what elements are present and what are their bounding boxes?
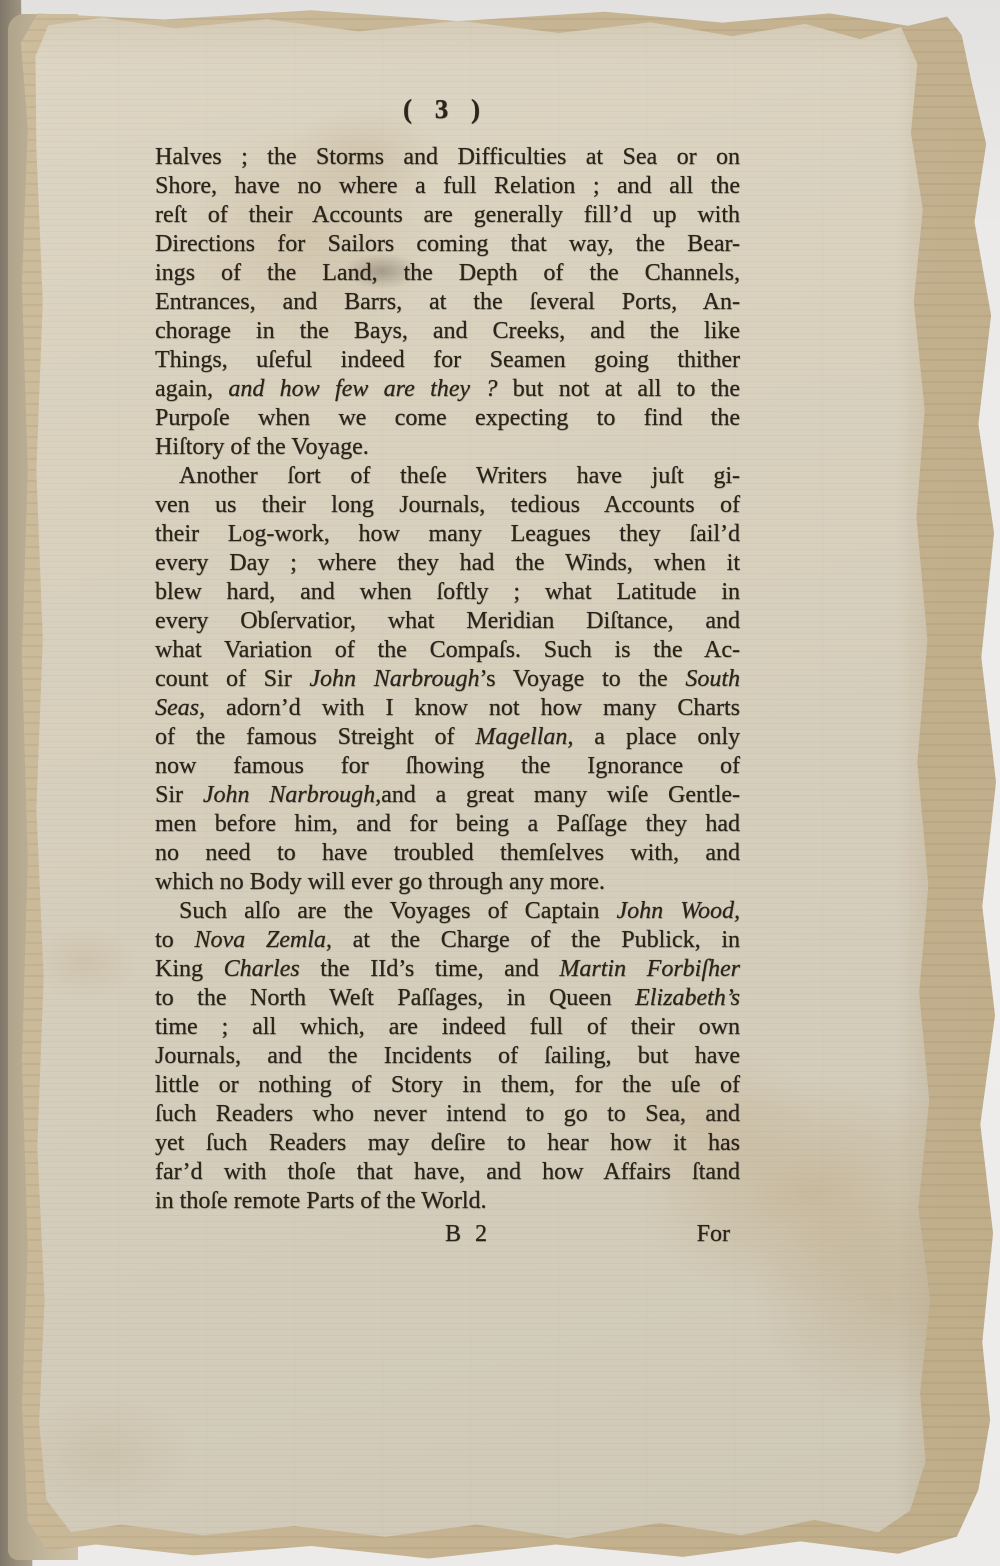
text-line: King Charles the IId’s time, and Martin … <box>155 955 740 984</box>
text-segment: their Log-work, how many Leagues they ſa… <box>155 521 740 547</box>
page-number: ( 3 ) <box>155 95 740 135</box>
text-segment: now famous for ſhowing the Ignorance of <box>155 753 740 779</box>
text-segment: a place only <box>573 724 740 750</box>
text-segment: the IId’s time, and <box>300 956 560 982</box>
text-segment: reſt of their Accounts are generally fil… <box>155 202 740 228</box>
text-line: again, and how few are they ? but not at… <box>155 375 740 404</box>
text-segment: time ; all which, are indeed full of the… <box>155 1014 740 1040</box>
italic-text-segment: John Narbrough, <box>203 782 381 808</box>
text-segment: count of Sir <box>155 666 309 692</box>
text-segment: Journals, and the Incidents of ſailing, … <box>155 1043 740 1069</box>
text-line: time ; all which, are indeed full of the… <box>155 1013 740 1042</box>
text-line: every Day ; where they had the Winds, wh… <box>155 549 740 578</box>
text-line: Seas, adorn’d with I know not how many C… <box>155 694 740 723</box>
italic-text-segment: Seas, <box>155 695 205 721</box>
italic-text-segment: John Narbrough <box>309 666 479 692</box>
italic-text-segment: John Wood, <box>616 898 740 924</box>
text-segment: little or nothing of Story in them, for … <box>155 1072 740 1098</box>
text-line: men before him, and for being a Paſſage … <box>155 810 740 839</box>
text-line: which no Body will ever go through any m… <box>155 868 740 897</box>
text-line: Hiſtory of the Voyage. <box>155 433 740 462</box>
text-segment: Sir <box>155 782 203 808</box>
italic-text-segment: South <box>685 666 740 692</box>
text-line: count of Sir John Narbrough’s Voyage to … <box>155 665 740 694</box>
text-segment: adorn’d with I know not how many Charts <box>205 695 740 721</box>
text-line: ven us their long Journals, tedious Acco… <box>155 491 740 520</box>
italic-text-segment: Martin Forbiſher <box>559 956 740 982</box>
text-line: yet ſuch Readers may deſire to hear how … <box>155 1129 740 1158</box>
text-line: Purpoſe when we come expecting to find t… <box>155 404 740 433</box>
text-segment: in thoſe remote Parts of the World. <box>155 1188 487 1214</box>
text-line: to Nova Zemla, at the Charge of the Publ… <box>155 926 740 955</box>
text-segment: Things, uſeful indeed for Seamen going t… <box>155 347 740 373</box>
catchword: For <box>697 1220 730 1249</box>
text-line: Journals, and the Incidents of ſailing, … <box>155 1042 740 1071</box>
text-segment: every Obſervatior, what Meridian Diſtanc… <box>155 608 740 634</box>
text-line: Halves ; the Storms and Difficulties at … <box>155 143 740 172</box>
text-line: far’d with thoſe that have, and how Affa… <box>155 1158 740 1187</box>
italic-text-segment: Elizabeth’s <box>635 985 740 1011</box>
text-line: Sir John Narbrough,and a great many wiſe… <box>155 781 740 810</box>
text-segment: which no Body will ever go through any m… <box>155 869 605 895</box>
text-segment: ’s Voyage to the <box>480 666 686 692</box>
text-segment: chorage in the Bays, and Creeks, and the… <box>155 318 740 344</box>
text-segment: far’d with thoſe that have, and how Affa… <box>155 1159 740 1185</box>
text-segment: men before him, and for being a Paſſage … <box>155 811 740 837</box>
text-segment: to <box>155 927 194 953</box>
text-line: what Variation of the Compaſs. Such is t… <box>155 636 740 665</box>
italic-text-segment: Charles <box>224 956 300 982</box>
signature-mark: B 2 <box>445 1220 491 1249</box>
text-line: Things, uſeful indeed for Seamen going t… <box>155 346 740 375</box>
text-line: ſuch Readers who never intend to go to S… <box>155 1100 740 1129</box>
text-segment: ings of the Land, the Depth of the Chann… <box>155 260 740 286</box>
text-line: chorage in the Bays, and Creeks, and the… <box>155 317 740 346</box>
text-segment: Another ſort of theſe Writers have juſt … <box>179 463 740 489</box>
text-segment: at the Charge of the Publick, in <box>332 927 740 953</box>
text-line: Such alſo are the Voyages of Captain Joh… <box>155 897 740 926</box>
text-segment: King <box>155 956 224 982</box>
text-line: to the North Weſt Paſſages, in Queen Eli… <box>155 984 740 1013</box>
text-segment: every Day ; where they had the Winds, wh… <box>155 550 740 576</box>
text-line: Another ſort of theſe Writers have juſt … <box>155 462 740 491</box>
text-segment: but not at all to the <box>497 376 740 402</box>
text-segment: Halves ; the Storms and Difficulties at … <box>155 144 740 170</box>
text-segment: Purpoſe when we come expecting to find t… <box>155 405 740 431</box>
text-line: ings of the Land, the Depth of the Chann… <box>155 259 740 288</box>
text-segment: ſuch Readers who never intend to go to S… <box>155 1101 740 1127</box>
text-segment: ven us their long Journals, tedious Acco… <box>155 492 740 518</box>
text-line: Directions for Sailors coming that way, … <box>155 230 740 259</box>
text-segment: Directions for Sailors coming that way, … <box>155 231 740 257</box>
text-segment: and a great many wiſe Gentle- <box>381 782 740 808</box>
signature-line: B 2 For <box>155 1220 740 1254</box>
text-segment: of the famous Streight of <box>155 724 475 750</box>
text-block: ( 3 ) Halves ; the Storms and Difficulti… <box>155 95 740 1254</box>
text-line: no need to have troubled themſelves with… <box>155 839 740 868</box>
text-line: in thoſe remote Parts of the World. <box>155 1187 740 1216</box>
text-line: little or nothing of Story in them, for … <box>155 1071 740 1100</box>
italic-text-segment: Magellan, <box>475 724 573 750</box>
text-line: of the famous Streight of Magellan, a pl… <box>155 723 740 752</box>
text-line: every Obſervatior, what Meridian Diſtanc… <box>155 607 740 636</box>
text-segment: yet ſuch Readers may deſire to hear how … <box>155 1130 740 1156</box>
text-line: now famous for ſhowing the Ignorance of <box>155 752 740 781</box>
text-segment: Hiſtory of the Voyage. <box>155 434 369 460</box>
text-line: their Log-work, how many Leagues they ſa… <box>155 520 740 549</box>
text-line: blew hard, and when ſoftly ; what Latitu… <box>155 578 740 607</box>
text-segment: Such alſo are the Voyages of Captain <box>179 898 616 924</box>
text-segment: again, <box>155 376 228 402</box>
text-line: reſt of their Accounts are generally fil… <box>155 201 740 230</box>
text-line: Entrances, and Barrs, at the ſeveral Por… <box>155 288 740 317</box>
text-segment: Entrances, and Barrs, at the ſeveral Por… <box>155 289 740 315</box>
text-segment: to the North Weſt Paſſages, in Queen <box>155 985 635 1011</box>
text-segment: what Variation of the Compaſs. Such is t… <box>155 637 740 663</box>
italic-text-segment: Nova Zemla, <box>194 927 331 953</box>
text-line: Shore, have no where a full Relation ; a… <box>155 172 740 201</box>
text-segment: Shore, have no where a full Relation ; a… <box>155 173 740 199</box>
page-leaf: ( 3 ) Halves ; the Storms and Difficulti… <box>30 10 942 1546</box>
italic-text-segment: and how few are they ? <box>228 376 497 402</box>
book-page-scan: ( 3 ) Halves ; the Storms and Difficulti… <box>0 0 1000 1566</box>
text-segment: blew hard, and when ſoftly ; what Latitu… <box>155 579 740 605</box>
text-segment: no need to have troubled themſelves with… <box>155 840 740 866</box>
paragraphs: Halves ; the Storms and Difficulties at … <box>155 143 740 1216</box>
